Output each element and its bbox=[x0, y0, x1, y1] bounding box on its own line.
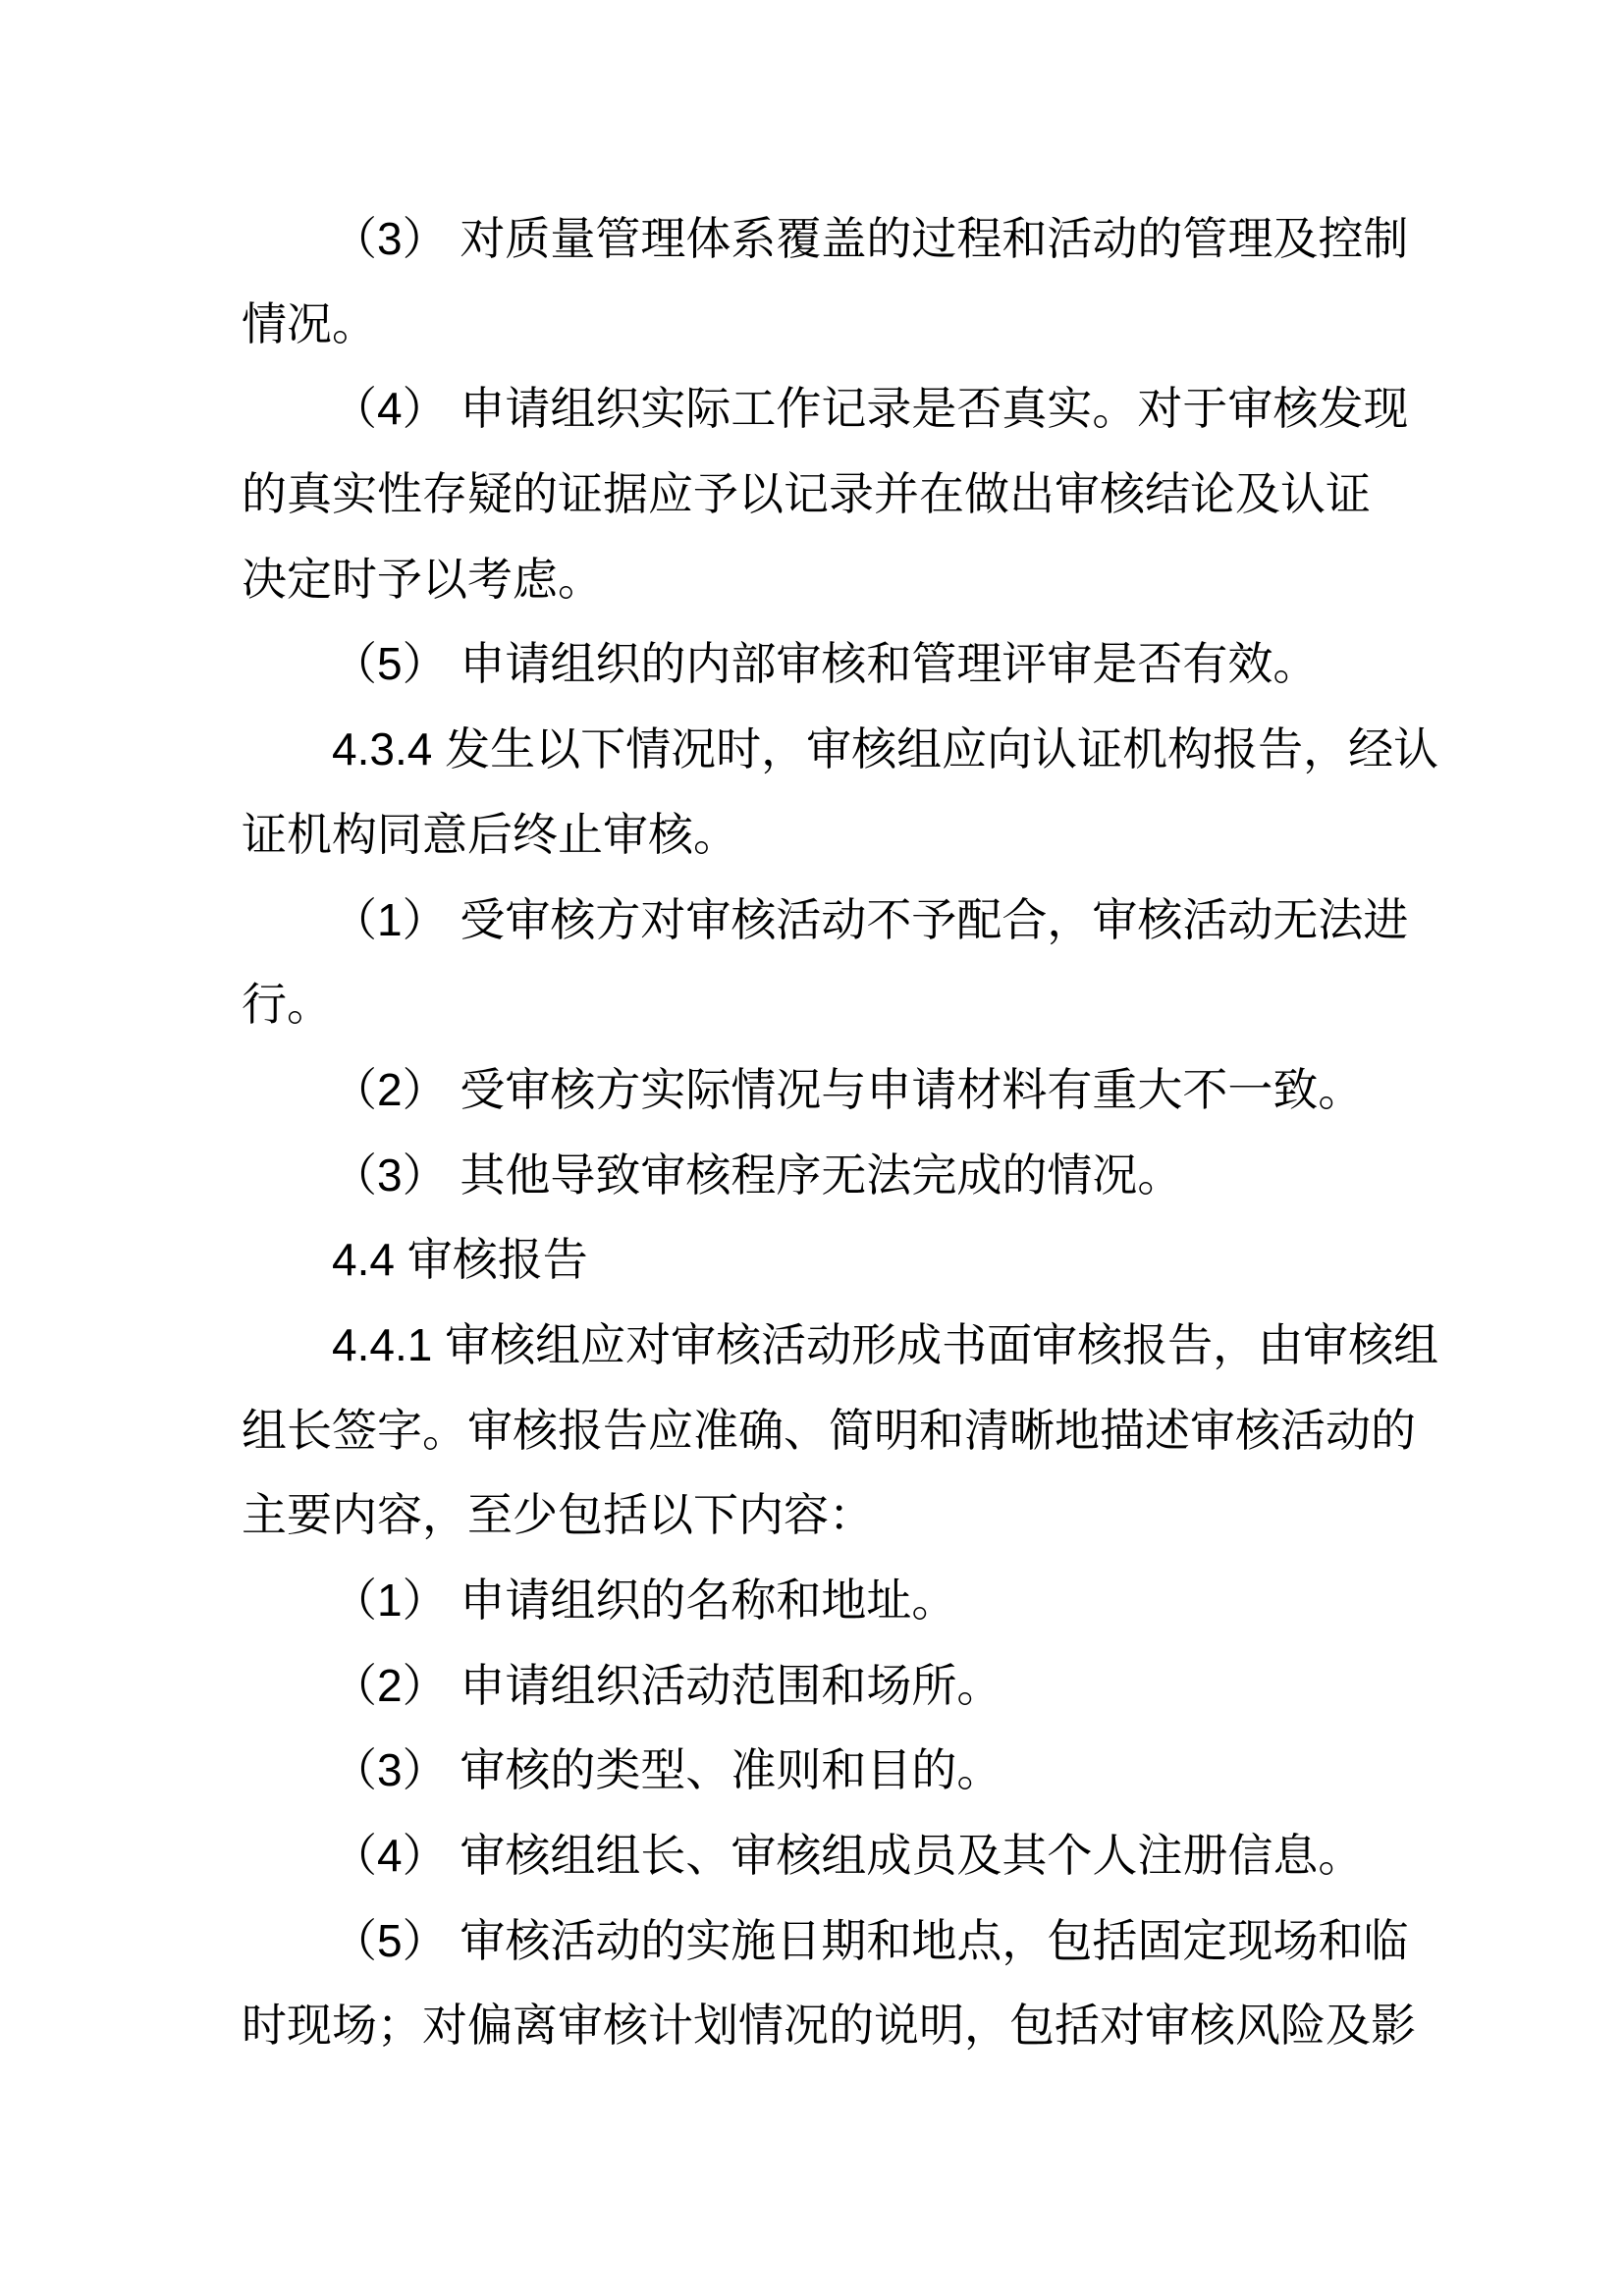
document-body: （3） 对质量管理体系覆盖的过程和活动的管理及控制情况。（4） 申请组织实际工作… bbox=[242, 196, 1382, 2068]
text-line-section-heading: 4.3.4 发生以下情况时，审核组应向认证机构报告，经认 bbox=[242, 707, 1382, 792]
text-line-continuation: 决定时予以考虑。 bbox=[242, 537, 1382, 622]
text-line-list-item: （5） 审核活动的实施日期和地点，包括固定现场和临 bbox=[242, 1898, 1382, 1984]
text-line-list-item: （3） 对质量管理体系覆盖的过程和活动的管理及控制 bbox=[242, 196, 1382, 282]
text-line-list-item: （2） 申请组织活动范围和场所。 bbox=[242, 1643, 1382, 1729]
text-line-continuation: 情况。 bbox=[242, 282, 1382, 367]
text-line-continuation: 行。 bbox=[242, 962, 1382, 1047]
text-line-list-item: （1） 申请组织的名称和地址。 bbox=[242, 1558, 1382, 1643]
text-line-list-item: （3） 其他导致审核程序无法完成的情况。 bbox=[242, 1133, 1382, 1218]
text-line-continuation: 主要内容，至少包括以下内容： bbox=[242, 1472, 1382, 1558]
text-line-list-item: （3） 审核的类型、准则和目的。 bbox=[242, 1728, 1382, 1813]
text-line-continuation: 证机构同意后终止审核。 bbox=[242, 792, 1382, 878]
text-line-continuation: 时现场；对偏离审核计划情况的说明，包括对审核风险及影 bbox=[242, 1983, 1382, 2068]
text-line-list-item: （4） 申请组织实际工作记录是否真实。对于审核发现 bbox=[242, 366, 1382, 452]
text-line-section-heading: 4.4 审核报告 bbox=[242, 1217, 1382, 1303]
text-line-list-item: （2） 受审核方实际情况与申请材料有重大不一致。 bbox=[242, 1047, 1382, 1133]
text-line-continuation: 组长签字。审核报告应准确、简明和清晰地描述审核活动的 bbox=[242, 1388, 1382, 1473]
text-line-section-heading: 4.4.1 审核组应对审核活动形成书面审核报告，由审核组 bbox=[242, 1303, 1382, 1388]
document-page: （3） 对质量管理体系覆盖的过程和活动的管理及控制情况。（4） 申请组织实际工作… bbox=[0, 0, 1624, 2296]
text-line-list-item: （1） 受审核方对审核活动不予配合，审核活动无法进 bbox=[242, 878, 1382, 963]
text-line-continuation: 的真实性存疑的证据应予以记录并在做出审核结论及认证 bbox=[242, 452, 1382, 537]
text-line-list-item: （5） 申请组织的内部审核和管理评审是否有效。 bbox=[242, 621, 1382, 707]
text-line-list-item: （4） 审核组组长、审核组成员及其个人注册信息。 bbox=[242, 1813, 1382, 1898]
